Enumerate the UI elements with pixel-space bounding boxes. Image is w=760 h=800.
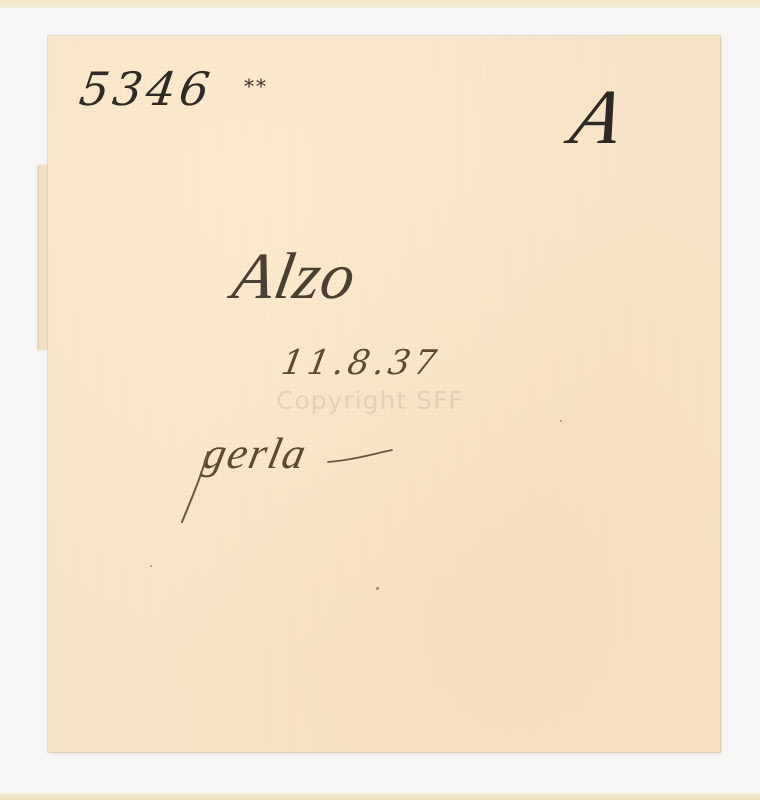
scan-edge-bottom (0, 793, 760, 800)
scan-edge-top (0, 0, 760, 8)
collection-date: 11.8.37 (279, 346, 443, 380)
collector-name: gerla (199, 432, 311, 476)
catalog-number: 5346 (77, 66, 217, 112)
paper-speck (376, 587, 379, 590)
catalog-star-marks: ** (244, 76, 268, 96)
paper-speck (150, 565, 152, 567)
paper-speck (560, 420, 562, 422)
copyright-watermark: Copyright SFF (276, 386, 464, 415)
location-name: Alzo (228, 244, 361, 310)
